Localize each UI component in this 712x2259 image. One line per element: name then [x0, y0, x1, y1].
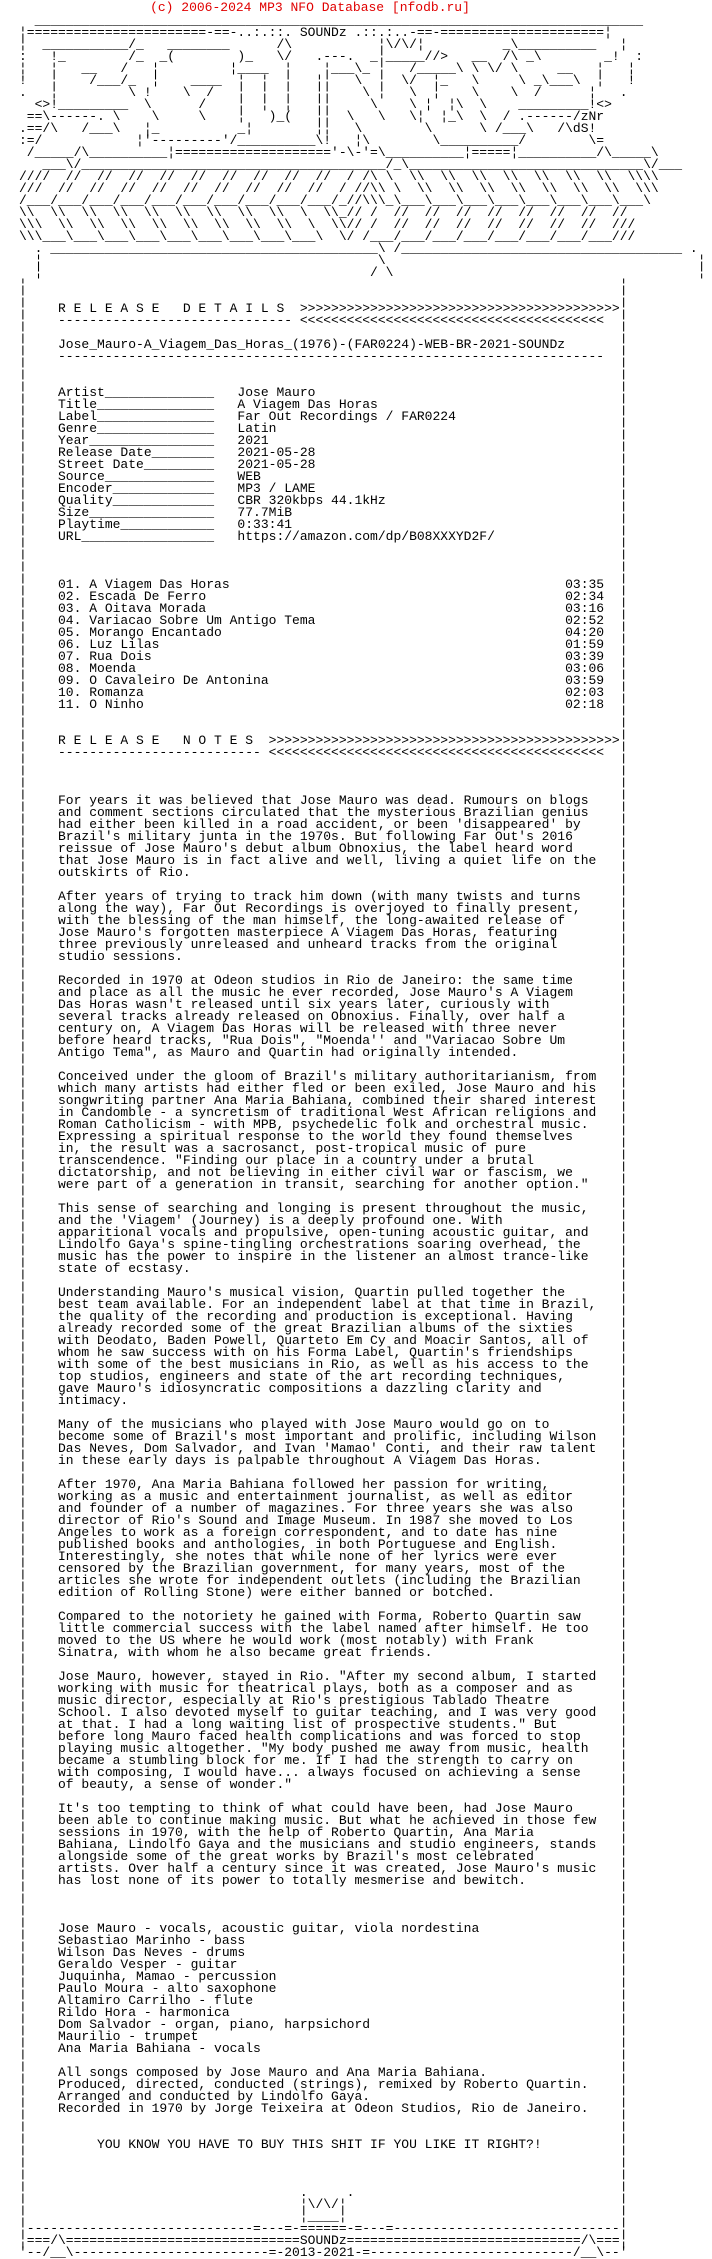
nfo-document: ________________________________________…	[0, 15, 712, 2259]
footer-years: '--/__\-------------------------=-2013-2…	[19, 2247, 712, 2259]
nfodb-credit: (c) 2006-2024 MP3 NFO Database [nfodb.ru…	[0, 1, 666, 15]
